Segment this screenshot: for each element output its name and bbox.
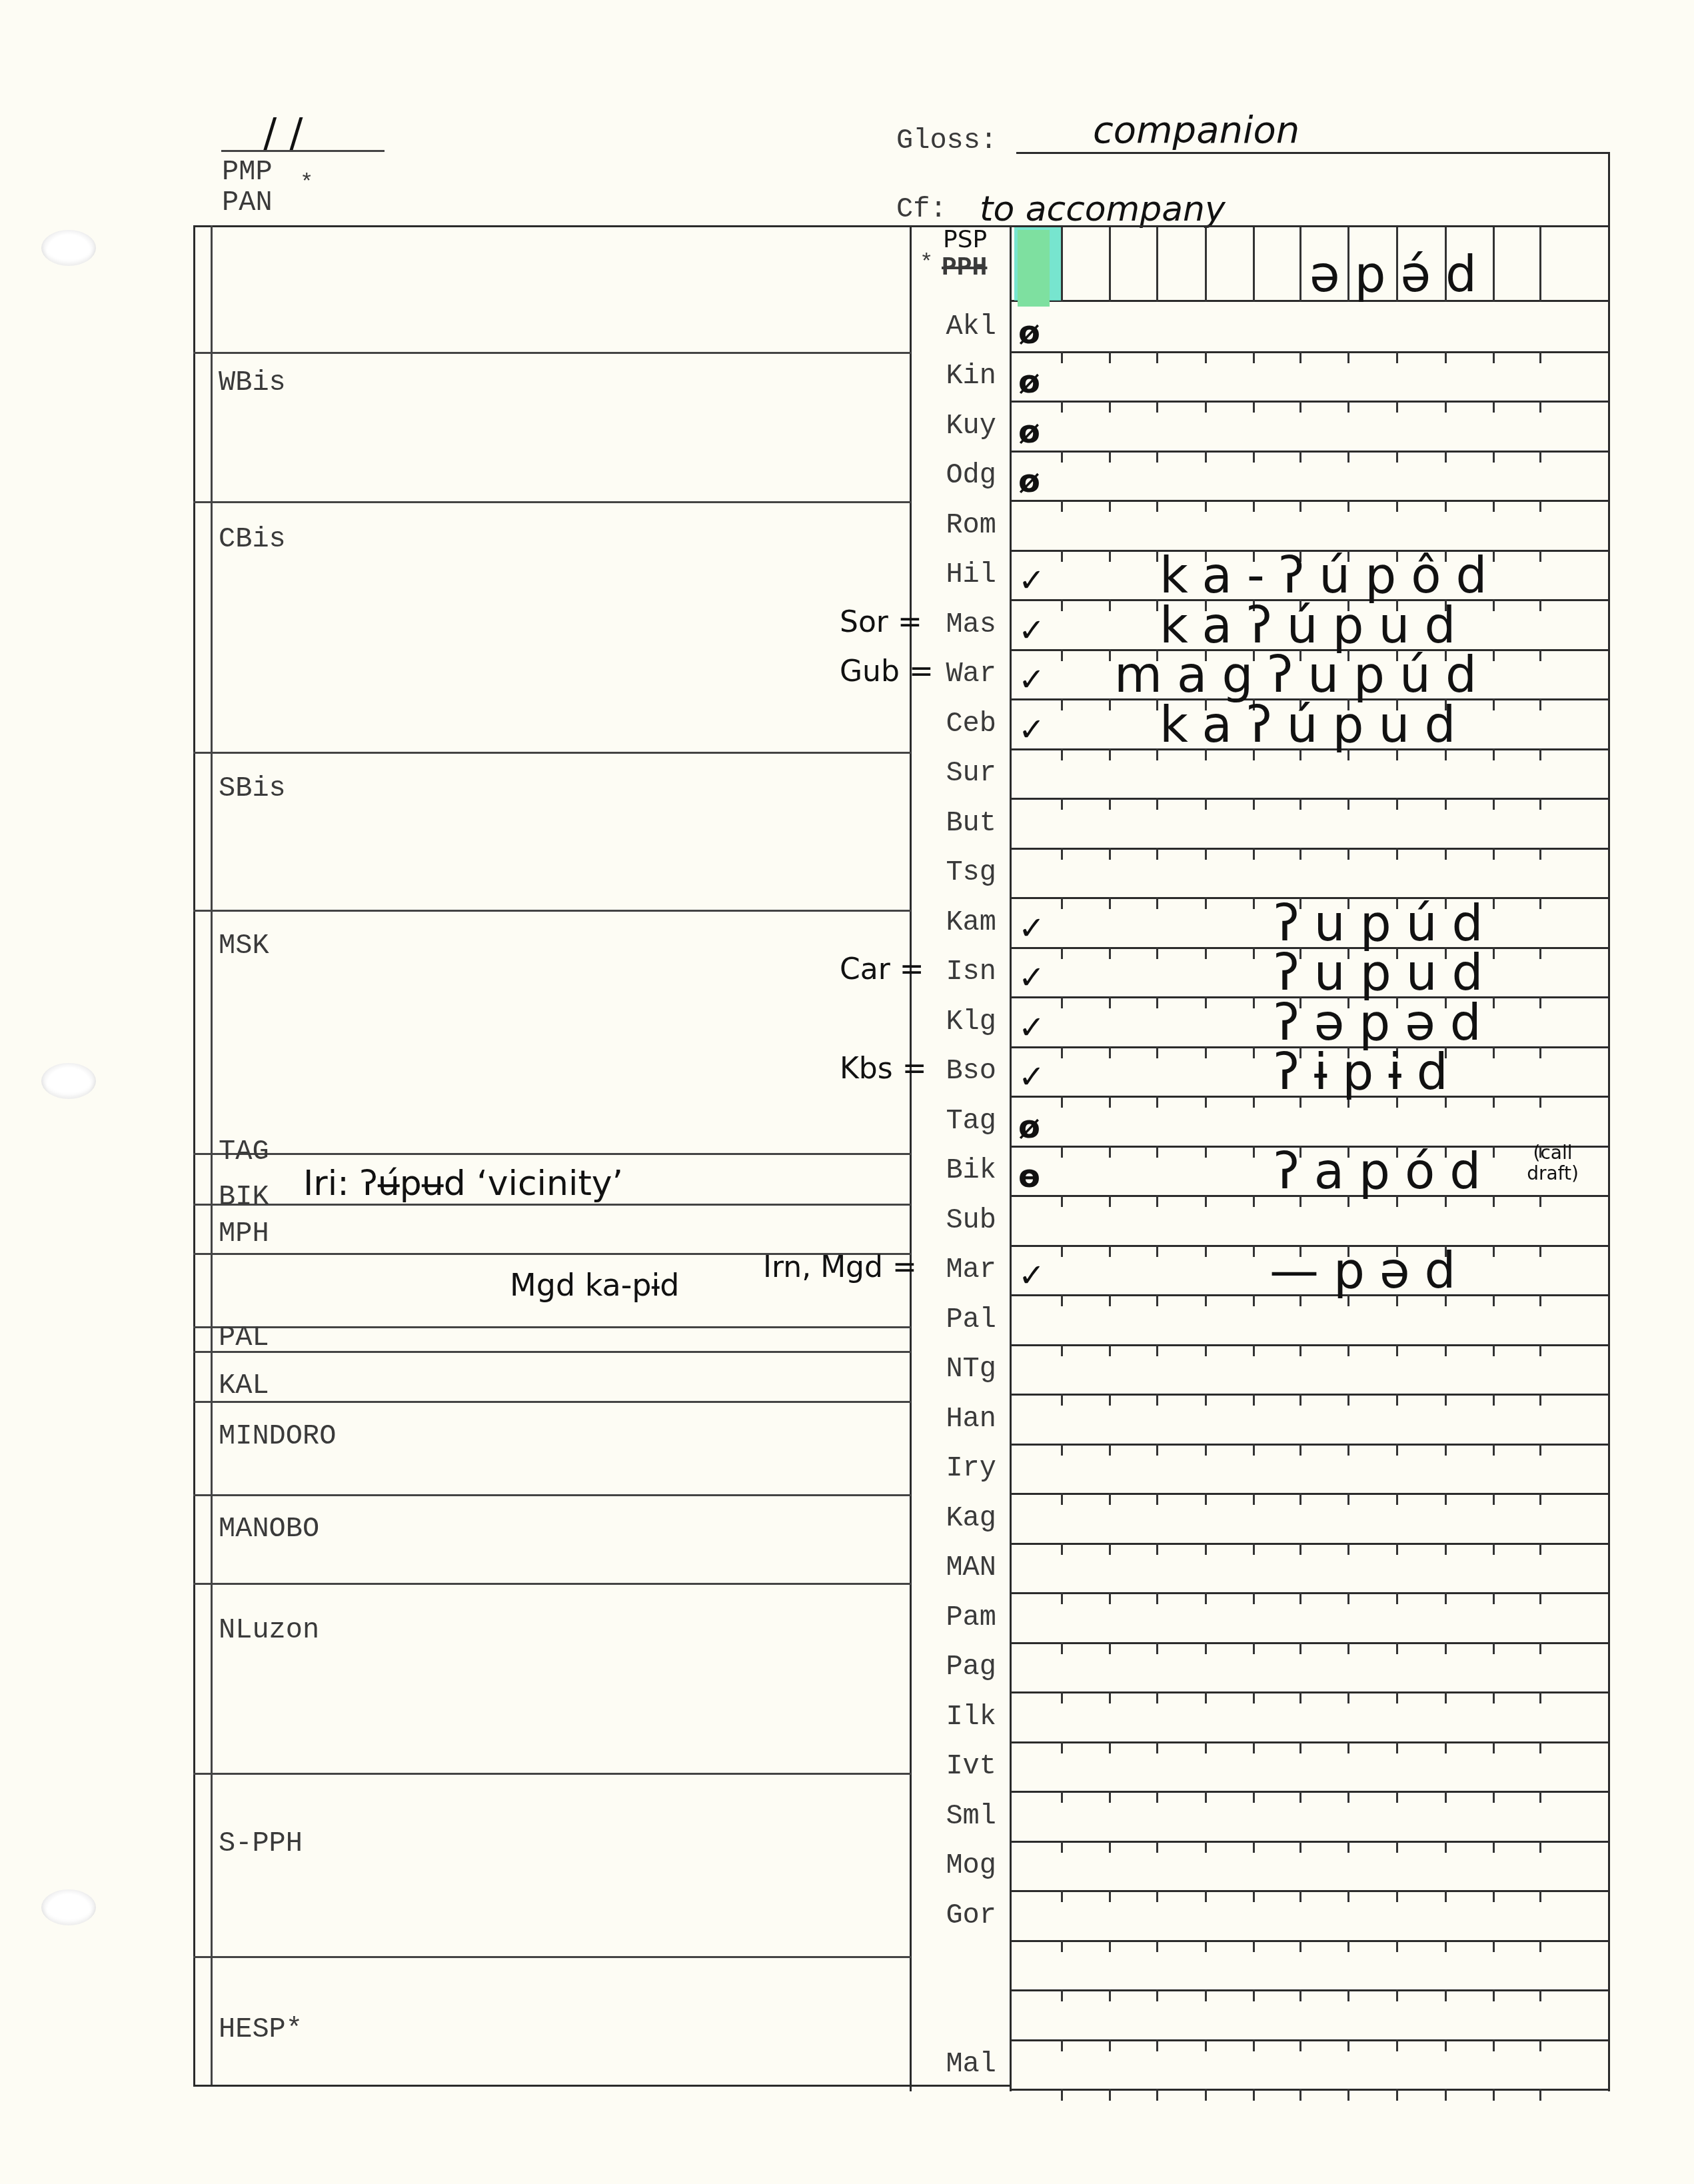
row-tick <box>1539 848 1541 860</box>
group-label-wbis: WBis <box>219 369 286 397</box>
row-tick <box>1205 1245 1207 1257</box>
row-tick <box>1445 1543 1447 1555</box>
row-tick <box>1205 1642 1207 1654</box>
group-separator <box>193 1494 911 1496</box>
row-tick <box>1253 1245 1255 1257</box>
row-tick <box>1539 798 1541 810</box>
language-label-tag: Tag <box>916 1107 996 1135</box>
row-tick <box>1493 1394 1495 1406</box>
row-tick <box>1253 401 1255 413</box>
row-tick <box>1205 848 1207 860</box>
row-tick <box>1493 1344 1495 1356</box>
row-tick <box>1061 351 1063 363</box>
row-tick <box>1061 848 1063 860</box>
row-tick <box>1205 1940 1207 1952</box>
row-tick <box>1156 1741 1158 1753</box>
row-line <box>1011 1444 1608 1446</box>
row-tick <box>1205 1691 1207 1703</box>
recon-cell-divider <box>1493 227 1495 302</box>
row-tick <box>1156 1245 1158 1257</box>
row-tick <box>1253 1543 1255 1555</box>
row-tick <box>1109 848 1111 860</box>
cf-value[interactable]: to accompany <box>980 192 1226 227</box>
row-tick <box>1061 451 1063 463</box>
language-label-mog: Mog <box>916 1851 996 1879</box>
row-tick <box>1493 1691 1495 1703</box>
row-tick <box>1205 1294 1207 1306</box>
row-line <box>1011 1394 1608 1396</box>
language-label-ntg: NTg <box>916 1355 996 1383</box>
language-label-isn: Isn <box>916 958 996 986</box>
binder-hole <box>41 1889 96 1925</box>
status-mark[interactable]: ✓ <box>1018 664 1045 696</box>
row-tick <box>1205 897 1207 909</box>
row-tick <box>1061 1940 1063 1952</box>
row-line <box>1011 451 1608 453</box>
row-tick <box>1109 1245 1111 1257</box>
row-tick <box>1253 1989 1255 2001</box>
row-line <box>1011 1741 1608 1743</box>
status-mark[interactable]: ø <box>1018 366 1040 398</box>
row-tick <box>1493 1989 1495 2001</box>
row-tick <box>1539 1493 1541 1505</box>
language-label-mas: Mas <box>916 610 996 638</box>
row-tick <box>1539 351 1541 363</box>
row-tick <box>1109 748 1111 760</box>
row-tick <box>1253 1394 1255 1406</box>
language-label-ivt: Ivt <box>916 1752 996 1780</box>
language-label-gor: Gor <box>916 1901 996 1929</box>
row-tick <box>1445 1841 1447 1853</box>
status-mark[interactable]: ✓ <box>1018 1061 1045 1093</box>
row-tick <box>1445 1741 1447 1753</box>
group-label-mindoro: MINDORO <box>219 1422 336 1450</box>
group-label-kal: KAL <box>219 1372 269 1400</box>
row-tick <box>1156 1791 1158 1803</box>
row-tick <box>1156 550 1158 562</box>
row-line <box>1011 2089 1608 2091</box>
group-label-mph: MPH <box>219 1220 269 1248</box>
recon-label-psp: PSP <box>943 228 987 252</box>
row-tick <box>1539 1841 1541 1853</box>
group-separator <box>193 1204 911 1206</box>
row-tick <box>1347 1394 1349 1406</box>
row-tick <box>1061 996 1063 1008</box>
row-tick <box>1109 1989 1111 2001</box>
row-tick <box>1493 698 1495 710</box>
row-tick <box>1205 2039 1207 2051</box>
cf-label: Cf: <box>896 195 947 223</box>
row-tick <box>1109 2089 1111 2101</box>
row-tick <box>1396 1691 1398 1703</box>
row-tick <box>1156 500 1158 512</box>
row-tick <box>1156 351 1158 363</box>
row-tick <box>1493 748 1495 760</box>
row-tick <box>1396 798 1398 810</box>
row-tick <box>1539 401 1541 413</box>
row-tick <box>1061 1394 1063 1406</box>
row-tick <box>1205 1344 1207 1356</box>
row-tick <box>1445 1444 1447 1456</box>
row-tick <box>1299 1493 1301 1505</box>
row-tick <box>1396 401 1398 413</box>
date-underline <box>221 150 385 152</box>
row-tick <box>1061 1294 1063 1306</box>
binder-hole <box>41 1063 96 1099</box>
row-tick <box>1445 2039 1447 2051</box>
proto-form[interactable]: əpə́d <box>1309 250 1491 299</box>
row-tick <box>1061 1841 1063 1853</box>
row-tick <box>1539 2039 1541 2051</box>
language-label-odg: Odg <box>916 461 996 489</box>
group-column-right-border <box>910 225 912 2091</box>
row-tick <box>1299 1592 1301 1604</box>
row-tick <box>1396 351 1398 363</box>
row-tick <box>1253 2089 1255 2101</box>
row-tick <box>1156 1841 1158 1853</box>
row-tick <box>1299 500 1301 512</box>
row-tick <box>1347 1841 1349 1853</box>
cognate-form[interactable]: —pəd <box>1270 1246 1470 1296</box>
row-tick <box>1347 1791 1349 1803</box>
row-tick <box>1396 2039 1398 2051</box>
row-tick <box>1299 401 1301 413</box>
row-tick <box>1109 1444 1111 1456</box>
row-tick <box>1539 1940 1541 1952</box>
language-alias: Irn, Mgd = <box>763 1253 917 1282</box>
row-tick <box>1445 798 1447 810</box>
row-tick <box>1539 1642 1541 1654</box>
language-label-sml: Sml <box>916 1802 996 1830</box>
row-tick <box>1061 500 1063 512</box>
status-mark[interactable]: ø <box>1018 317 1040 349</box>
row-tick <box>1253 848 1255 860</box>
status-mark[interactable]: ø <box>1018 465 1040 497</box>
row-tick <box>1061 1195 1063 1207</box>
group-separator <box>193 352 911 354</box>
row-tick <box>1156 1691 1158 1703</box>
row-tick <box>1205 1791 1207 1803</box>
row-tick <box>1493 1642 1495 1654</box>
row-tick <box>1061 1989 1063 2001</box>
status-mark[interactable]: ɵ <box>1018 1160 1040 1192</box>
status-mark[interactable]: ø <box>1018 1111 1040 1143</box>
group-separator <box>193 1583 911 1585</box>
row-tick <box>1539 1890 1541 1902</box>
row-tick <box>1156 2039 1158 2051</box>
row-tick <box>1061 698 1063 710</box>
row-tick <box>1539 451 1541 463</box>
row-tick <box>1253 1096 1255 1108</box>
status-mark[interactable]: ✓ <box>1018 564 1045 596</box>
recon-cell-divider <box>1156 227 1158 302</box>
row-tick <box>1061 1741 1063 1753</box>
row-tick <box>1539 500 1541 512</box>
status-mark[interactable]: ✓ <box>1018 1260 1045 1292</box>
row-tick <box>1109 1841 1111 1853</box>
row-tick <box>1109 897 1111 909</box>
left-outer-border <box>193 225 195 2085</box>
row-tick <box>1539 1444 1541 1456</box>
row-tick <box>1205 1592 1207 1604</box>
cognate-form[interactable]: kaʔúpud <box>1160 700 1470 750</box>
row-tick <box>1493 500 1495 512</box>
row-tick <box>1539 1394 1541 1406</box>
row-tick <box>1061 1543 1063 1555</box>
row-tick <box>1539 1989 1541 2001</box>
recon-star: * <box>920 252 933 275</box>
group-separator <box>193 1956 911 1958</box>
row-tick <box>1109 351 1111 363</box>
row-tick <box>1253 947 1255 959</box>
row-tick <box>1299 1543 1301 1555</box>
form-note: (call draft) <box>1506 1143 1599 1184</box>
cognate-form[interactable]: magʔupúd <box>1114 650 1491 700</box>
row-tick <box>1445 2089 1447 2101</box>
row-tick <box>1347 1444 1349 1456</box>
row-tick <box>1445 1989 1447 2001</box>
row-tick <box>1299 1741 1301 1753</box>
row-tick <box>1156 748 1158 760</box>
row-tick <box>1493 1791 1495 1803</box>
language-alias: Gub = <box>840 657 934 686</box>
recon-cell-divider <box>1205 227 1207 302</box>
row-tick <box>1109 1940 1111 1952</box>
row-tick <box>1445 1592 1447 1604</box>
row-tick <box>1445 1642 1447 1654</box>
row-tick <box>1347 1890 1349 1902</box>
row-line <box>1011 1344 1608 1346</box>
row-tick <box>1396 1344 1398 1356</box>
row-tick <box>1156 599 1158 611</box>
row-tick <box>1156 1989 1158 2001</box>
group-label-sbis: SBis <box>219 774 286 802</box>
recon-cell-divider <box>1299 227 1301 302</box>
row-tick <box>1539 1791 1541 1803</box>
cognate-form[interactable]: ʔupud <box>1274 948 1498 998</box>
cognate-form[interactable]: ʔapód <box>1274 1147 1495 1196</box>
group-separator <box>193 1326 911 1328</box>
group-label-cbis: CBis <box>219 525 286 553</box>
row-tick <box>1061 947 1063 959</box>
row-tick <box>1205 1146 1207 1158</box>
row-tick <box>1539 2089 1541 2101</box>
row-tick <box>1156 401 1158 413</box>
row-tick <box>1061 1146 1063 1158</box>
row-tick <box>1156 1642 1158 1654</box>
row-tick <box>1299 848 1301 860</box>
row-tick <box>1493 798 1495 810</box>
row-tick <box>1061 748 1063 760</box>
row-line <box>1011 1890 1608 1892</box>
row-tick <box>1347 1493 1349 1505</box>
row-tick <box>1445 500 1447 512</box>
row-line <box>1011 1592 1608 1594</box>
group-label-pal: PAL <box>219 1324 269 1352</box>
row-tick <box>1396 1493 1398 1505</box>
pan-label: PAN <box>222 189 273 217</box>
language-label-klg: Klg <box>916 1008 996 1036</box>
cognate-form[interactable]: kaʔúpud <box>1160 601 1470 650</box>
cognate-form[interactable]: ʔəpəd <box>1274 998 1496 1048</box>
row-tick <box>1205 451 1207 463</box>
row-tick <box>1109 1741 1111 1753</box>
row-tick <box>1061 1791 1063 1803</box>
row-tick <box>1109 1890 1111 1902</box>
row-tick <box>1156 1096 1158 1108</box>
row-tick <box>1156 947 1158 959</box>
row-tick <box>1445 1890 1447 1902</box>
language-label-bik: Bik <box>916 1156 996 1184</box>
language-label-akl: Akl <box>916 313 996 341</box>
row-tick <box>1061 649 1063 661</box>
row-line <box>1011 2039 1608 2041</box>
row-tick <box>1396 1592 1398 1604</box>
row-tick <box>1396 1741 1398 1753</box>
row-tick <box>1253 897 1255 909</box>
row-tick <box>1109 451 1111 463</box>
row-tick <box>1253 996 1255 1008</box>
row-tick <box>1493 1245 1495 1257</box>
row-tick <box>1205 351 1207 363</box>
row-tick <box>1445 1394 1447 1406</box>
row-tick <box>1539 698 1541 710</box>
row-tick <box>1539 996 1541 1008</box>
recon-cell-divider <box>1109 227 1111 302</box>
row-tick <box>1109 1493 1111 1505</box>
status-mark[interactable]: ø <box>1018 416 1040 448</box>
forms-left-border <box>1010 225 1012 2091</box>
row-tick <box>1299 2089 1301 2101</box>
row-tick <box>1445 351 1447 363</box>
row-line <box>1011 798 1608 800</box>
status-mark[interactable]: ✓ <box>1018 912 1045 944</box>
cognate-form[interactable]: ʔɨpɨd <box>1274 1048 1463 1097</box>
row-tick <box>1205 1046 1207 1058</box>
row-tick <box>1205 1741 1207 1753</box>
row-tick <box>1109 1046 1111 1058</box>
row-tick <box>1396 1841 1398 1853</box>
row-tick <box>1347 401 1349 413</box>
status-mark[interactable]: ✓ <box>1018 1012 1045 1044</box>
row-tick <box>1253 500 1255 512</box>
row-line <box>1011 1940 1608 1942</box>
row-tick <box>1253 1691 1255 1703</box>
row-tick <box>1205 1890 1207 1902</box>
row-tick <box>1347 1691 1349 1703</box>
row-tick <box>1253 1344 1255 1356</box>
row-tick <box>1156 1294 1158 1306</box>
row-tick <box>1299 1691 1301 1703</box>
row-tick <box>1253 1791 1255 1803</box>
row-line <box>1011 1493 1608 1495</box>
row-tick <box>1299 2039 1301 2051</box>
status-mark[interactable]: ✓ <box>1018 714 1045 746</box>
cognate-form[interactable]: ʔupúd <box>1274 899 1498 948</box>
row-tick <box>1493 1444 1495 1456</box>
row-tick <box>1156 1146 1158 1158</box>
row-tick <box>1299 1989 1301 2001</box>
row-tick <box>1253 1592 1255 1604</box>
row-tick <box>1061 897 1063 909</box>
row-tick <box>1493 1890 1495 1902</box>
row-tick <box>1445 451 1447 463</box>
row-tick <box>1205 2089 1207 2101</box>
row-tick <box>1156 1394 1158 1406</box>
row-tick <box>1109 698 1111 710</box>
row-tick <box>1061 401 1063 413</box>
row-tick <box>1445 1344 1447 1356</box>
row-tick <box>1205 1195 1207 1207</box>
language-label-kin: Kin <box>916 362 996 390</box>
language-label-kam: Kam <box>916 908 996 936</box>
gloss-value[interactable]: companion <box>1093 112 1299 149</box>
row-tick <box>1061 2039 1063 2051</box>
row-tick <box>1205 500 1207 512</box>
cognate-form[interactable]: ka-ʔúpôd <box>1160 551 1501 600</box>
row-tick <box>1156 798 1158 810</box>
language-label-iry: Iry <box>916 1454 996 1482</box>
row-tick <box>1493 2089 1495 2101</box>
row-tick <box>1156 2089 1158 2101</box>
row-tick <box>1347 1940 1349 1952</box>
language-label-mal: Mal <box>916 2050 996 2078</box>
row-tick <box>1061 1344 1063 1356</box>
row-tick <box>1445 848 1447 860</box>
row-tick <box>1205 1989 1207 2001</box>
row-tick <box>1156 1493 1158 1505</box>
row-tick <box>1347 798 1349 810</box>
row-tick <box>1253 1642 1255 1654</box>
recon-cell-divider <box>1061 227 1063 302</box>
row-tick <box>1493 1096 1495 1108</box>
row-tick <box>1109 599 1111 611</box>
status-mark[interactable]: ✓ <box>1018 962 1045 994</box>
row-line <box>1011 848 1608 850</box>
row-tick <box>1299 351 1301 363</box>
status-mark[interactable]: ✓ <box>1018 614 1045 646</box>
row-tick <box>1109 649 1111 661</box>
row-tick <box>1253 351 1255 363</box>
row-tick <box>1299 1344 1301 1356</box>
row-tick <box>1205 1493 1207 1505</box>
row-line <box>1011 1989 1608 1991</box>
row-tick <box>1493 1741 1495 1753</box>
language-alias: Kbs = <box>840 1054 927 1084</box>
language-alias: Sor = <box>840 608 922 637</box>
row-tick <box>1539 550 1541 562</box>
row-tick <box>1061 599 1063 611</box>
row-tick <box>1299 451 1301 463</box>
gloss-box-right <box>1608 152 1610 225</box>
row-tick <box>1493 401 1495 413</box>
group-label-bik: BIK <box>219 1183 269 1211</box>
row-tick <box>1347 1642 1349 1654</box>
row-tick <box>1253 1294 1255 1306</box>
row-tick <box>1539 1245 1541 1257</box>
row-tick <box>1205 1444 1207 1456</box>
row-line <box>1011 401 1608 403</box>
row-tick <box>1347 848 1349 860</box>
row-tick <box>1347 1592 1349 1604</box>
row-tick <box>1109 1195 1111 1207</box>
row-line <box>1011 1791 1608 1793</box>
proto-highlight-inner <box>1018 230 1050 307</box>
row-tick <box>1539 649 1541 661</box>
row-tick <box>1253 1940 1255 1952</box>
row-tick <box>1396 848 1398 860</box>
row-tick <box>1109 1691 1111 1703</box>
